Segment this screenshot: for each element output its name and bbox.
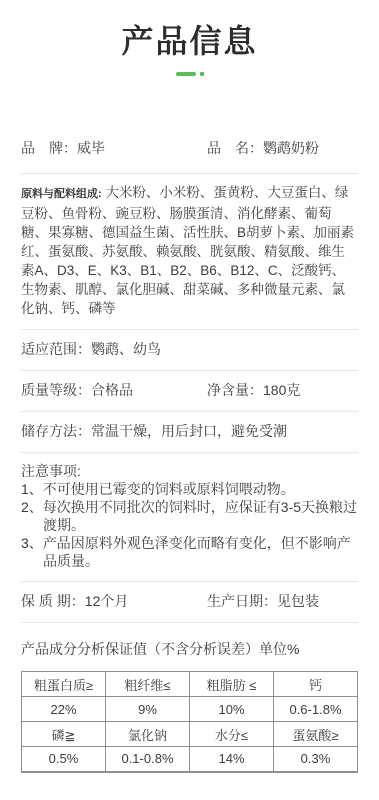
brand-field: 品 牌：威毕: [21, 138, 207, 158]
table-row-values: 0.5% 0.1-0.8% 14% 0.3%: [22, 747, 358, 772]
table-cell: 0.5%: [22, 747, 106, 772]
product-name-label: 品 名：: [207, 140, 263, 156]
ingredients-label: 原料与配料组成:: [21, 188, 102, 200]
net-weight-label: 净含量：: [207, 382, 263, 398]
product-name-field: 品 名：鹦鹉奶粉: [207, 138, 358, 158]
product-name-value: 鹦鹉奶粉: [263, 140, 319, 156]
table-row-header: 磷≧ 氯化钠 水分≤ 蛋氨酸≥: [22, 722, 358, 747]
brand-label: 品 牌：: [21, 140, 77, 156]
production-date-label: 生产日期：: [207, 593, 277, 609]
table-cell: 0.3%: [274, 747, 358, 772]
table-cell: 9%: [106, 697, 190, 722]
accent-dot: [200, 72, 204, 76]
title-accent: [0, 72, 379, 76]
scope-label: 适应范围：: [21, 341, 91, 357]
table-cell: 钙: [274, 672, 358, 697]
grade-netweight-row: 质量等级：合格品 净含量：180克: [21, 371, 358, 412]
brand-value: 威毕: [77, 140, 105, 156]
production-date-field: 生产日期：见包装: [207, 591, 358, 611]
table-cell: 0.1-0.8%: [106, 747, 190, 772]
grade-field: 质量等级：合格品: [21, 380, 207, 400]
content-area: 品 牌：威毕 品 名：鹦鹉奶粉 原料与配料组成: 大米粉、小米粉、蛋黄粉、大豆蛋…: [0, 138, 379, 773]
notes-title: 注意事项:: [21, 462, 358, 480]
note-item: 3、产品因原料外观色泽变化而略有变化，但不影响产品质量。: [21, 534, 358, 570]
grade-value: 合格品: [91, 382, 133, 398]
net-weight-field: 净含量：180克: [207, 380, 358, 400]
table-cell: 粗蛋白质≥: [22, 672, 106, 697]
scope-row: 适应范围：鹦鹉、幼鸟: [21, 330, 358, 371]
scope-value: 鹦鹉、幼鸟: [91, 341, 161, 357]
accent-bar: [176, 72, 196, 76]
shelf-life-label: 保 质 期：: [21, 593, 85, 609]
analysis-title: 产品成分分析保证值（不含分析误差）单位%: [21, 639, 358, 659]
ingredients-text: 大米粉、小米粉、蛋黄粉、大豆蛋白、绿豆粉、鱼骨粉、豌豆粉、肠膜蛋清、消化酵素、葡…: [21, 185, 354, 316]
storage-label: 储存方法：: [21, 423, 91, 439]
table-row-header: 粗蛋白质≥ 粗纤维≤ 粗脂肪 ≤ 钙: [22, 672, 358, 697]
table-cell: 粗纤维≤: [106, 672, 190, 697]
storage-row: 储存方法：常温干燥，用后封口，避免受潮: [21, 412, 358, 453]
page-title: 产品信息: [0, 22, 379, 60]
production-date-value: 见包装: [277, 593, 319, 609]
note-item: 1、不可使用已霉变的饲料或原料饲喂动物。: [21, 480, 358, 498]
table-cell: 0.6-1.8%: [274, 697, 358, 722]
table-cell: 氯化钠: [106, 722, 190, 747]
notes-section: 注意事项: 1、不可使用已霉变的饲料或原料饲喂动物。 2、每次换用不同批次的饲料…: [21, 453, 358, 582]
shelflife-proddate-row: 保 质 期：12个月 生产日期：见包装: [21, 582, 358, 623]
product-info-page: 产品信息 品 牌：威毕 品 名：鹦鹉奶粉 原料与配料组成: 大米粉、小米粉、蛋黄…: [0, 0, 379, 800]
table-cell: 22%: [22, 697, 106, 722]
analysis-table: 粗蛋白质≥ 粗纤维≤ 粗脂肪 ≤ 钙 22% 9% 10% 0.6-1.8% 磷…: [21, 671, 358, 773]
shelf-life-value: 12个月: [85, 593, 129, 609]
ingredients-section: 原料与配料组成: 大米粉、小米粉、蛋黄粉、大豆蛋白、绿豆粉、鱼骨粉、豌豆粉、肠膜…: [21, 174, 358, 330]
table-cell: 14%: [190, 747, 274, 772]
brand-name-row: 品 牌：威毕 品 名：鹦鹉奶粉: [21, 138, 358, 174]
grade-label: 质量等级：: [21, 382, 91, 398]
net-weight-value: 180克: [263, 382, 300, 398]
table-cell: 磷≧: [22, 722, 106, 747]
table-cell: 水分≤: [190, 722, 274, 747]
table-row-values: 22% 9% 10% 0.6-1.8%: [22, 697, 358, 722]
shelf-life-field: 保 质 期：12个月: [21, 591, 207, 611]
note-item: 2、每次换用不同批次的饲料时，应保证有3-5天换粮过渡期。: [21, 498, 358, 534]
table-cell: 蛋氨酸≥: [274, 722, 358, 747]
table-cell: 粗脂肪 ≤: [190, 672, 274, 697]
table-cell: 10%: [190, 697, 274, 722]
storage-value: 常温干燥，用后封口，避免受潮: [91, 423, 287, 439]
